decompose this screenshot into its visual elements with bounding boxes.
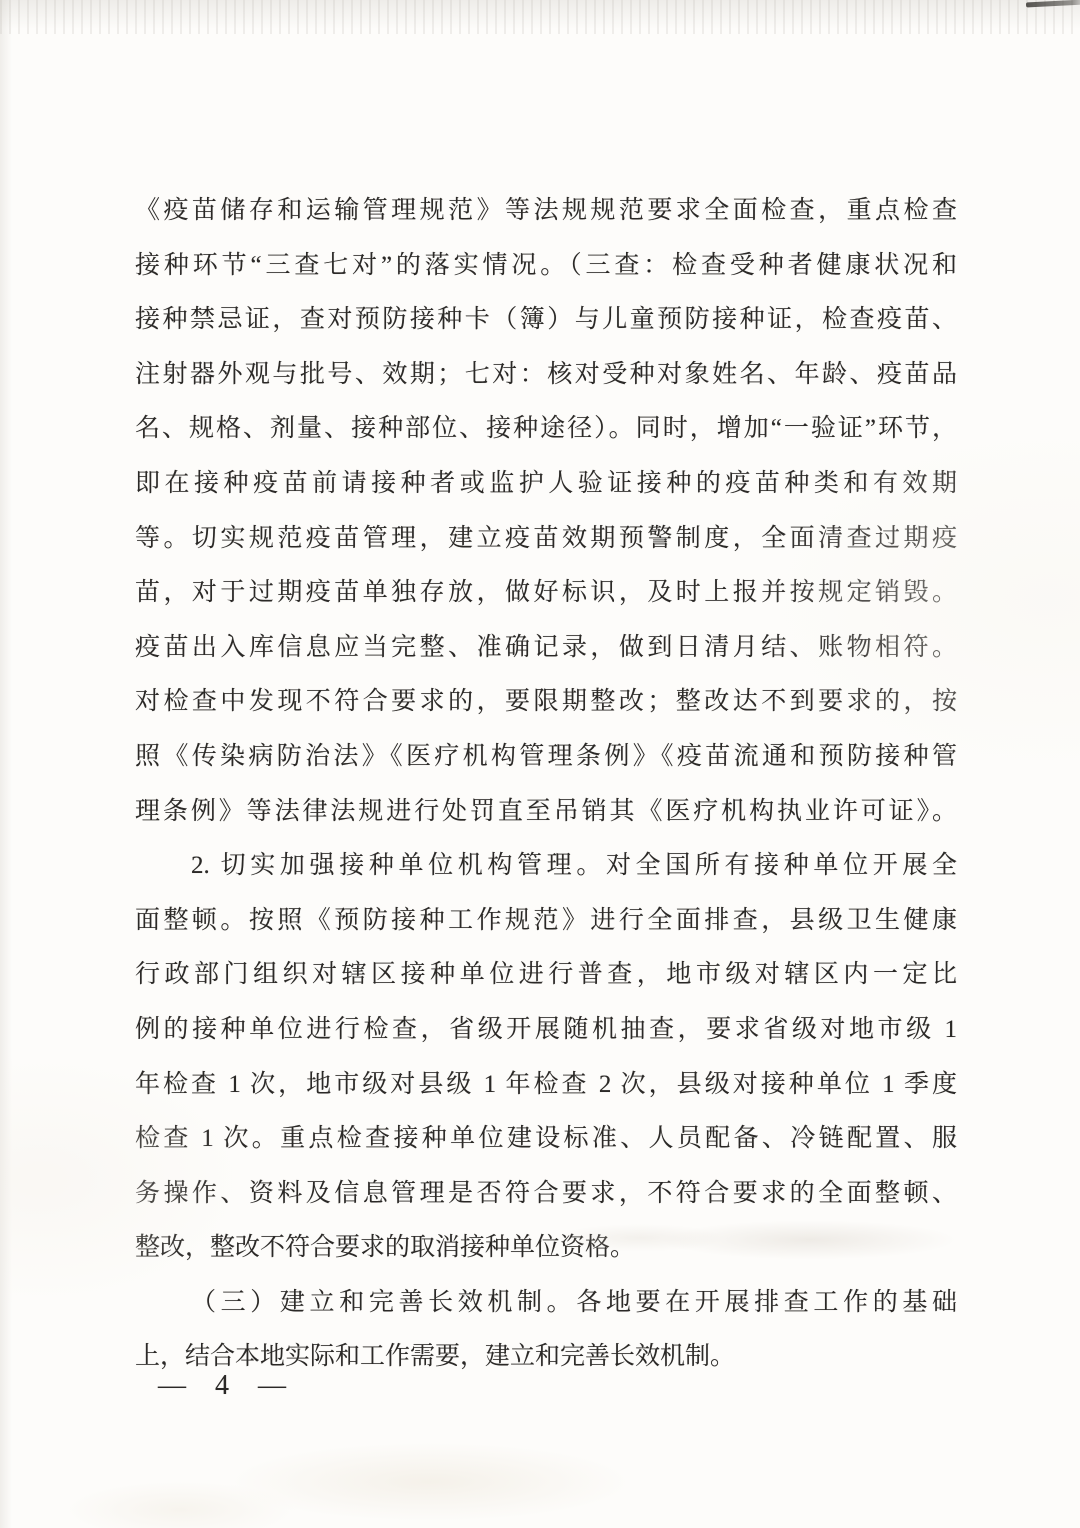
text-line: 疫苗出入库信息应当完整、准确记录，做到日清月结、账物相符。 (135, 621, 957, 676)
text-line: 照《传染病防治法》《医疗机构管理条例》《疫苗流通和预防接种管 (135, 730, 957, 785)
text-line: 接种环节“三查七对”的落实情况。（三查：检查受种者健康状况和 (135, 239, 957, 294)
text-line-paragraph-end: 整改，整改不符合要求的取消接种单位资格。 (135, 1221, 957, 1276)
scanned-document-page: 《疫苗储存和运输管理规范》等法规规范要求全面检查，重点检查 接种环节“三查七对”… (0, 0, 1080, 1528)
scan-shadow-left-edge (0, 0, 12, 1528)
text-line-paragraph-start: 2. 切实加强接种单位机构管理。对全国所有接种单位开展全 (135, 839, 957, 894)
text-line: 年检查 1 次，地市级对县级 1 年检查 2 次，县级对接种单位 1 季度 (135, 1058, 957, 1113)
text-line: 对检查中发现不符合要求的，要限期整改；整改达不到要求的，按 (135, 675, 957, 730)
document-body: 《疫苗储存和运输管理规范》等法规规范要求全面检查，重点检查 接种环节“三查七对”… (135, 184, 957, 1385)
text-line: 《疫苗储存和运输管理规范》等法规规范要求全面检查，重点检查 (135, 184, 957, 239)
scan-artifact-corner-mark (1026, 0, 1080, 8)
text-line: 等。切实规范疫苗管理，建立疫苗效期预警制度，全面清查过期疫 (135, 512, 957, 567)
text-line: 即在接种疫苗前请接种者或监护人验证接种的疫苗种类和有效期 (135, 457, 957, 512)
text-line: 检查 1 次。重点检查接种单位建设标准、人员配备、冷链配置、服 (135, 1112, 957, 1167)
text-line: 面整顿。按照《预防接种工作规范》进行全面排查，县级卫生健康 (135, 894, 957, 949)
text-line: 理条例》等法律法规进行处罚直至吊销其《医疗机构执业许可证》。 (135, 785, 957, 840)
text-line-paragraph-start: （三）建立和完善长效机制。各地要在开展排查工作的基础 (135, 1276, 957, 1331)
text-line: 名、规格、剂量、接种部位、接种途径）。同时，增加“一验证”环节， (135, 402, 957, 457)
scan-noise-top-band (0, 0, 1080, 34)
text-line: 例的接种单位进行检查，省级开展随机抽查，要求省级对地市级 1 (135, 1003, 957, 1058)
text-line: 务操作、资料及信息管理是否符合要求，不符合要求的全面整顿、 (135, 1167, 957, 1222)
page-number: — 4 — (158, 1370, 288, 1402)
text-line: 接种禁忌证，查对预防接种卡（簿）与儿童预防接种证，检查疫苗、 (135, 293, 957, 348)
text-line: 注射器外观与批号、效期；七对：核对受种对象姓名、年龄、疫苗品 (135, 348, 957, 403)
text-line: 行政部门组织对辖区接种单位进行普查，地市级对辖区内一定比 (135, 948, 957, 1003)
text-line: 苗，对于过期疫苗单独存放，做好标识，及时上报并按规定销毁。 (135, 566, 957, 621)
